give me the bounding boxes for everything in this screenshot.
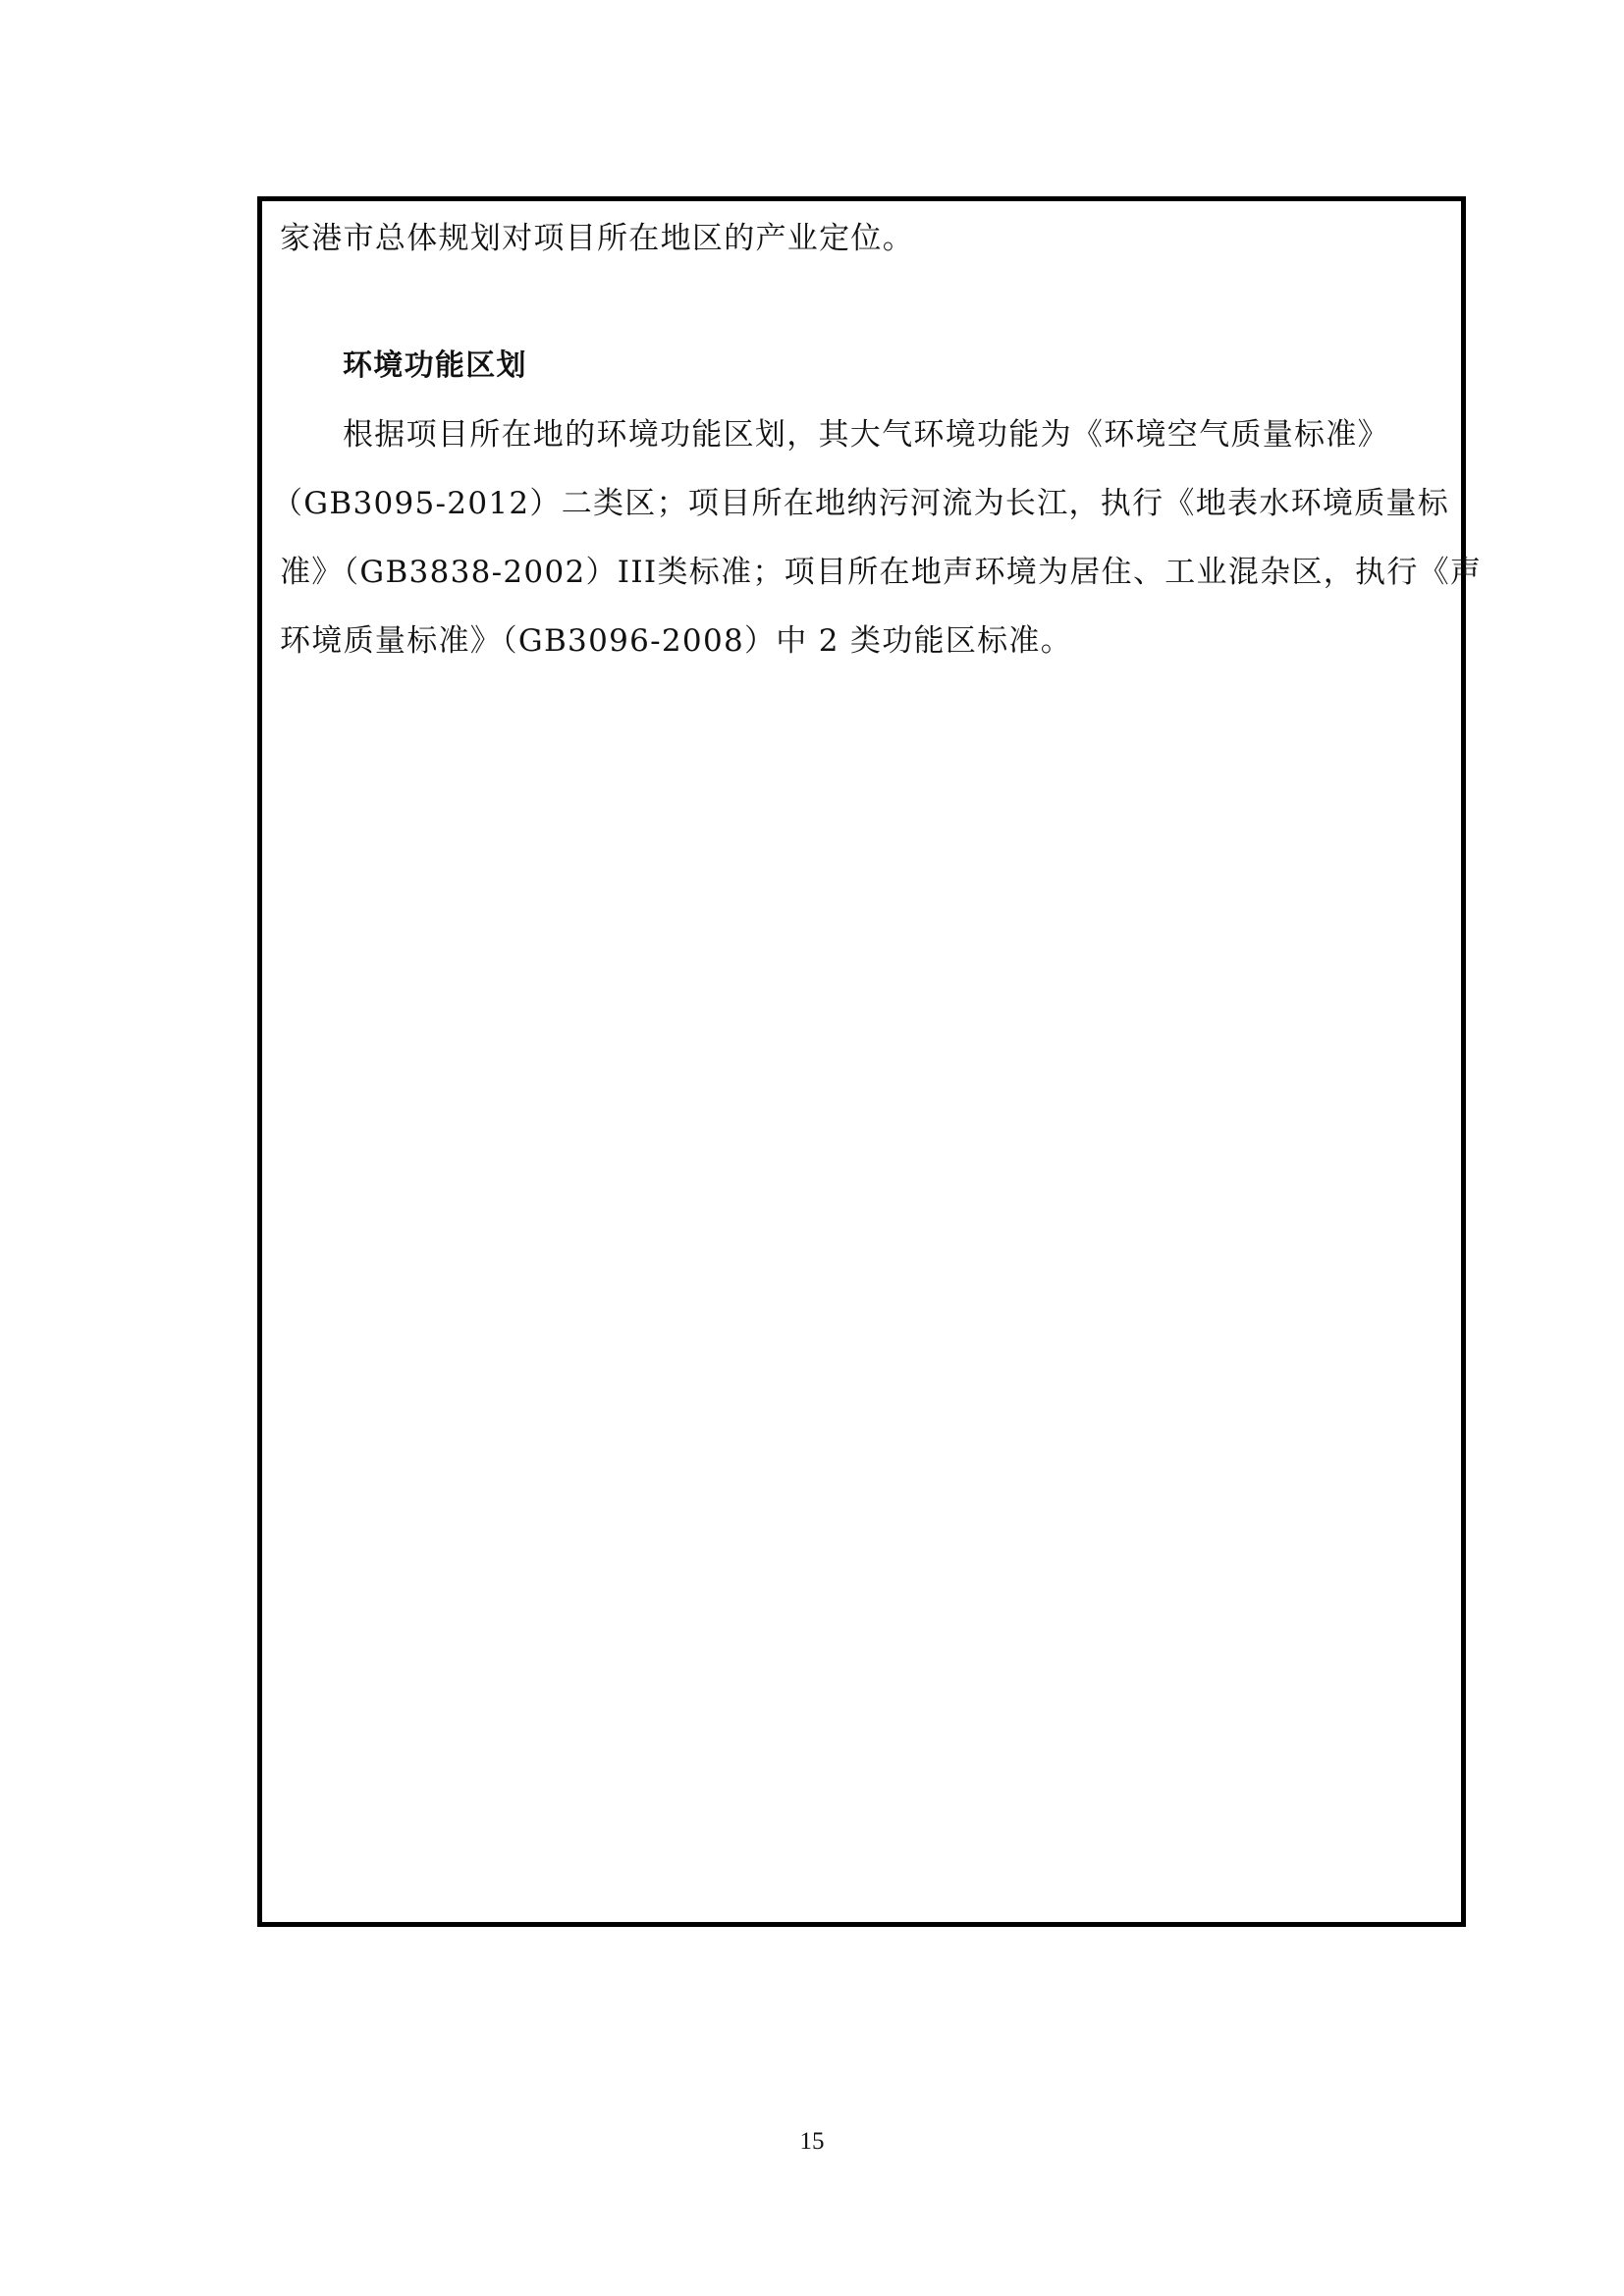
- page-number: 15: [0, 2128, 1624, 2156]
- continued-text-line: 家港市总体规划对项目所在地区的产业定位。: [280, 213, 914, 257]
- paragraph-line-4: 环境质量标准》（GB3096-2008）中 2 类功能区标准。: [280, 615, 1072, 660]
- section-heading: 环境功能区划: [343, 341, 527, 384]
- paragraph-line-1: 根据项目所在地的环境功能区划，其大气环境功能为《环境空气质量标准》: [343, 409, 1389, 454]
- content-frame: 家港市总体规划对项目所在地区的产业定位。 环境功能区划 根据项目所在地的环境功能…: [257, 196, 1466, 1927]
- paragraph-line-2: （GB3095-2012）二类区；项目所在地纳污河流为长江，执行《地表水环境质量…: [272, 478, 1449, 522]
- paragraph-line-3: 准》（GB3838-2002）III类标准；项目所在地声环境为居住、工业混杂区，…: [280, 547, 1482, 591]
